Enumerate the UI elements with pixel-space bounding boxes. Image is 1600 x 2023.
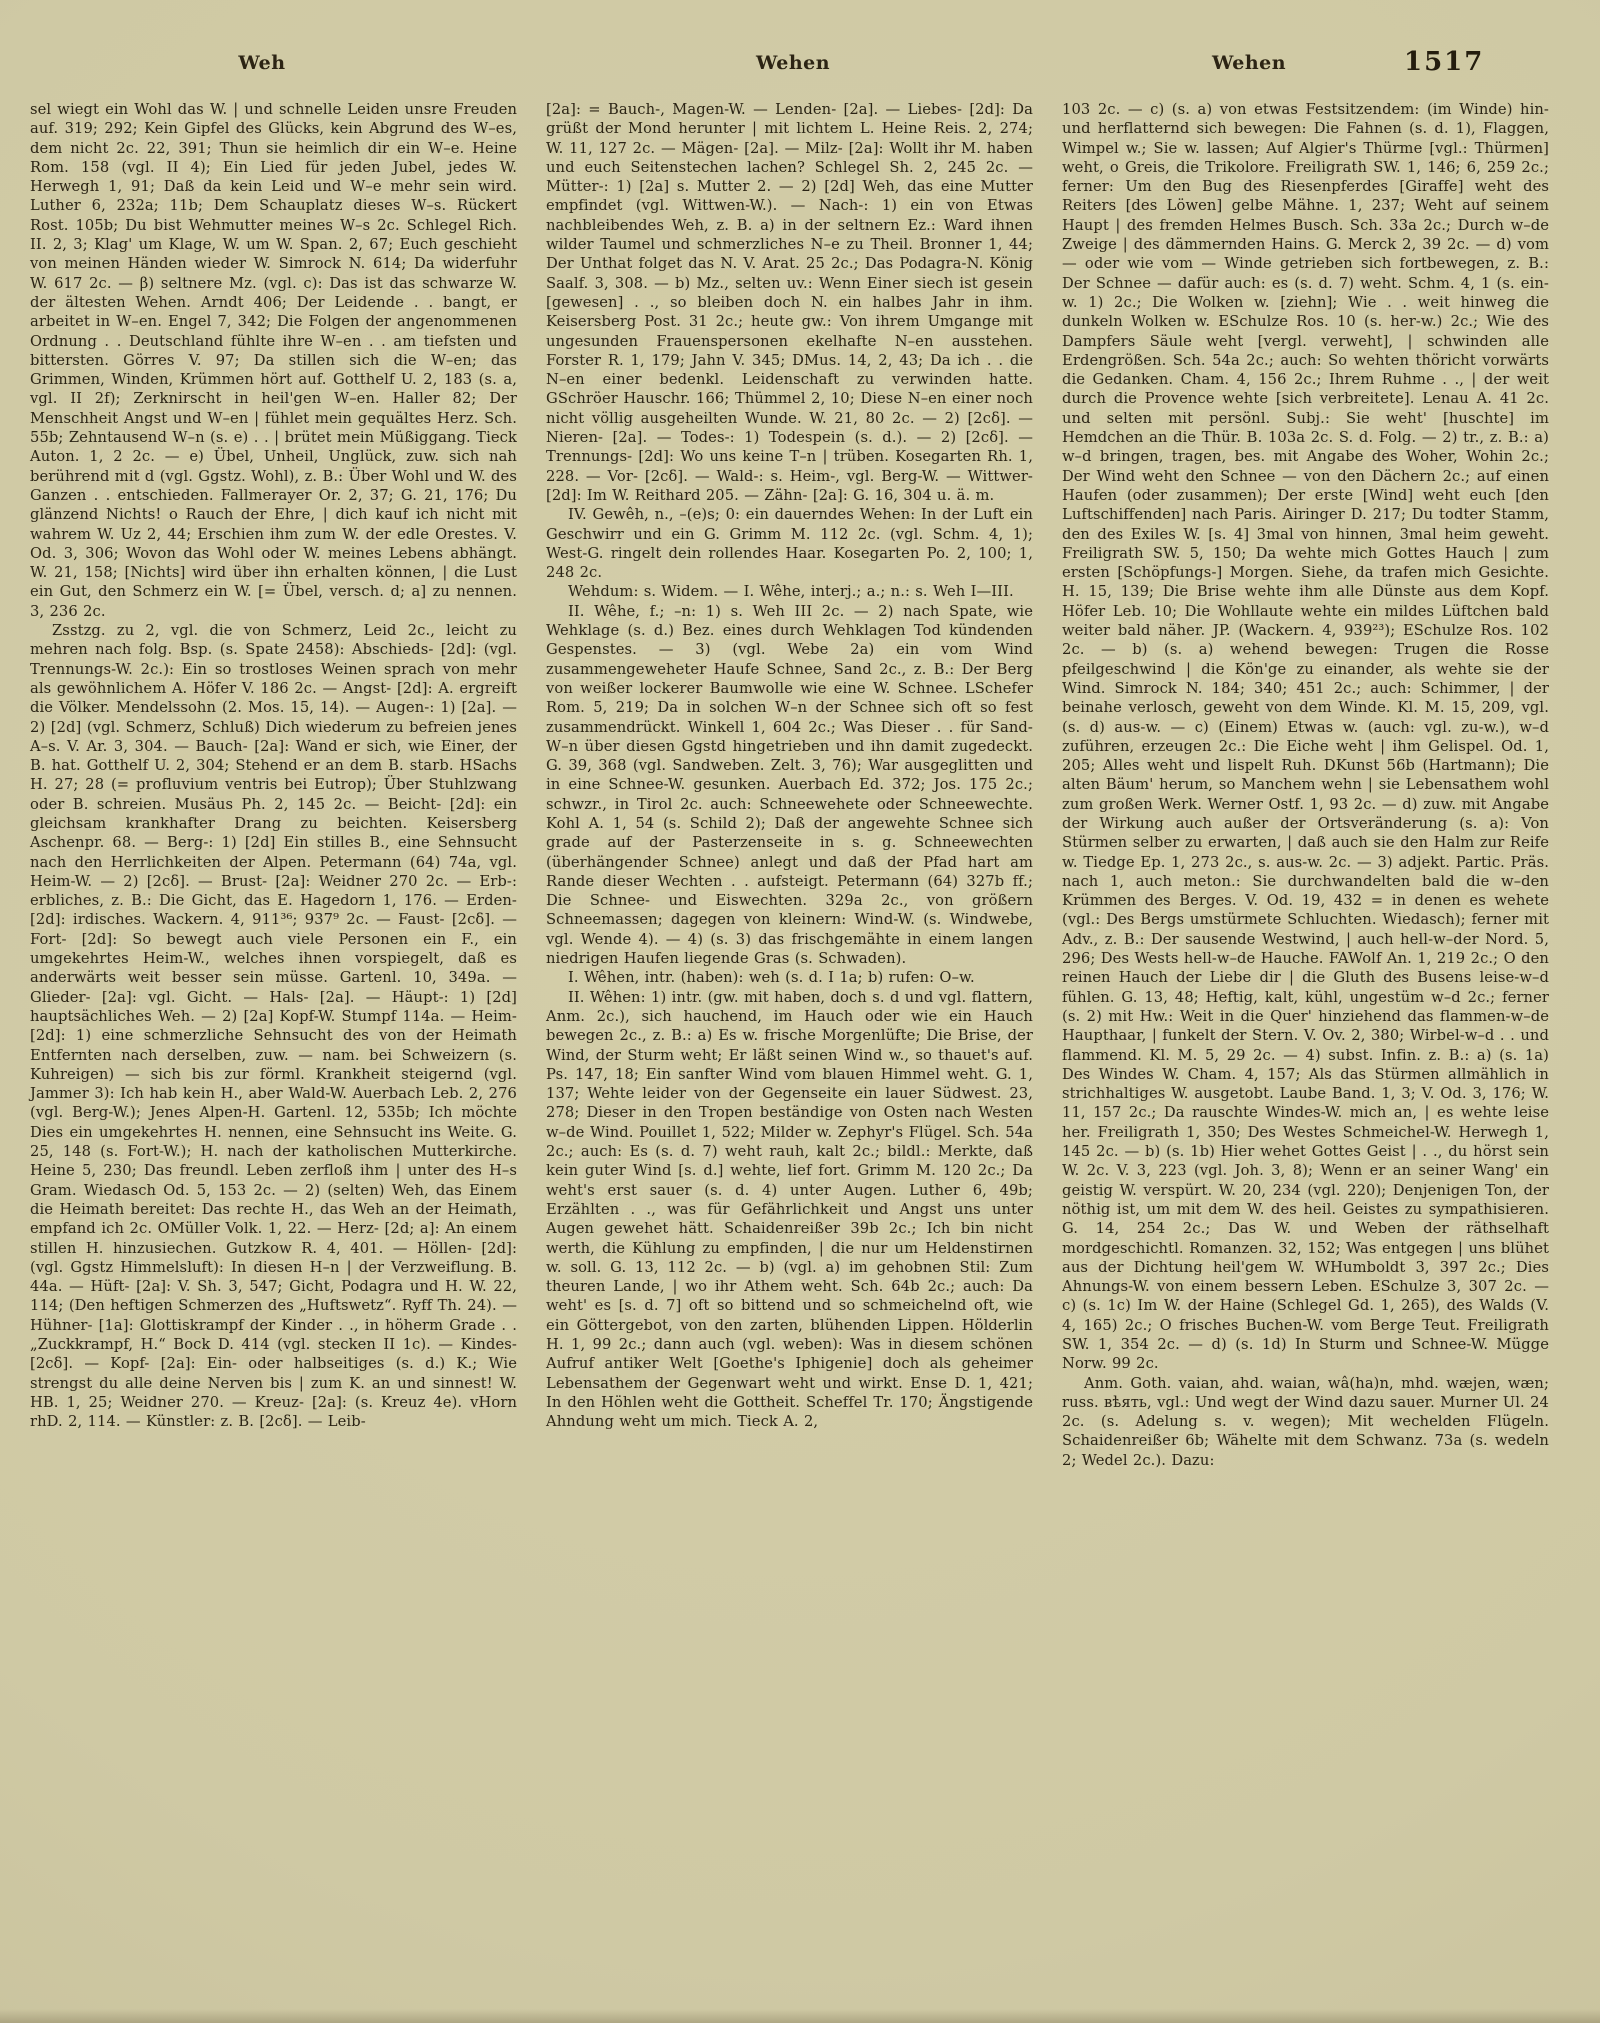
dictionary-entry-wehe-ii: II. Wêhe, f.; –n: 1) s. Weh III 2c. — 2)…: [546, 602, 1033, 969]
dictionary-entry-wehdum: Wehdum: s. Widem. — I. Wêhe, interj.; a.…: [546, 582, 1033, 601]
dictionary-paragraph: sel wiegt ein Wohl das W. | und schnelle…: [30, 100, 517, 621]
dictionary-page: Weh Wehen Wehen 1517 sel wiegt ein Wohl …: [0, 0, 1600, 2023]
dictionary-entry-geweh: IV. Gewêh, n., –(e)s; 0: ein dauerndes W…: [546, 505, 1033, 582]
running-head-left: Weh: [238, 52, 285, 74]
running-head-right: Wehen: [1212, 52, 1286, 74]
dictionary-paragraph-zsstzg: Zsstzg. zu 2, vgl. die von Schmerz, Leid…: [30, 621, 517, 1431]
running-head-center: Wehen: [756, 52, 830, 74]
text-column-2: [2a]: = Bauch-, Magen-W. — Lenden- [2a].…: [546, 100, 1033, 1431]
running-header: Weh Wehen Wehen 1517: [0, 52, 1600, 86]
dictionary-paragraph: [2a]: = Bauch-, Magen-W. — Lenden- [2a].…: [546, 100, 1033, 505]
text-column-3: 103 2c. — c) (s. a) von etwas Festsitzen…: [1062, 100, 1549, 1470]
text-column-1: sel wiegt ein Wohl das W. | und schnelle…: [30, 100, 517, 1431]
dictionary-entry-wehen-ii: II. Wêhen: 1) intr. (gw. mit haben, doch…: [546, 988, 1033, 1432]
dictionary-anmerkung: Anm. Goth. vaian, ahd. waian, wâ(ha)n, m…: [1062, 1374, 1549, 1470]
dictionary-paragraph: 103 2c. — c) (s. a) von etwas Festsitzen…: [1062, 100, 1549, 1374]
dictionary-entry-wehen-i: I. Wêhen, intr. (haben): weh (s. d. I 1a…: [546, 968, 1033, 987]
page-number: 1517: [1404, 47, 1484, 77]
